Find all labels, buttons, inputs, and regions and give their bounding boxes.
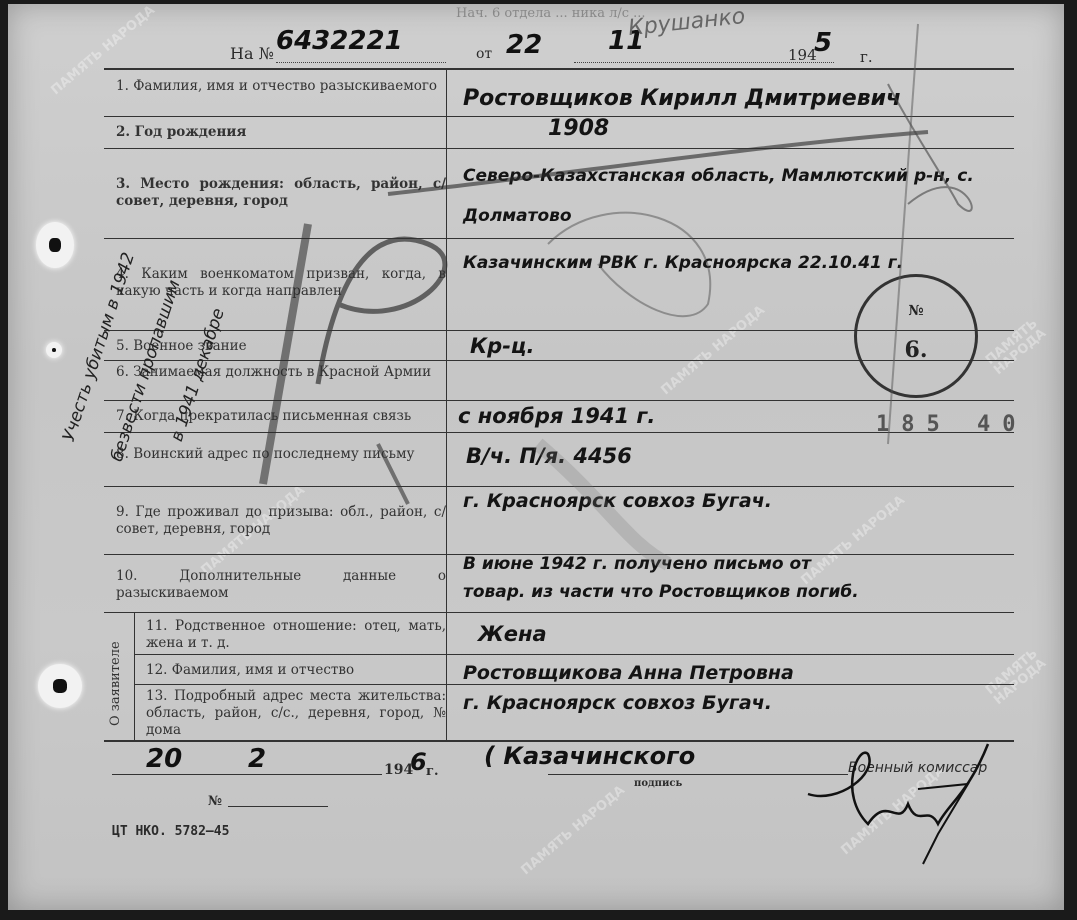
punch-hole (36, 222, 74, 268)
stamp-symbol: № (857, 303, 975, 319)
ref-label: На № (230, 44, 274, 63)
row-rule (134, 684, 1014, 685)
ref-underline (276, 62, 446, 63)
field-value-10-line-2: товар. из части что Ростовщиков погиб. (463, 582, 1063, 602)
row-rule (104, 612, 1014, 613)
field-value-3: Северо-Казахстанская область, Мамлютский… (463, 156, 1023, 236)
stamped-number: 185 40 (876, 412, 1027, 437)
field-value-12: Ростовщикова Анна Петровна (463, 662, 1063, 684)
row-rule (104, 486, 1014, 487)
row-rule (134, 654, 1014, 655)
header-day: 22 (506, 30, 542, 60)
signature-name: ( Казачинского (484, 742, 695, 770)
field-value-11: Жена (478, 622, 1077, 646)
field-label-8: 8. Воинский адрес по последнему письму (116, 446, 446, 463)
field-label-3: 3. Место рождения: область, район, с/сов… (116, 176, 446, 210)
field-label-12: 12. Фамилия, имя и отчество (146, 662, 446, 679)
field-label-10: 10. Дополнительные данные о разыскиваемо… (116, 568, 446, 602)
document-sheet: ПАМЯТЬ НАРОДА ПАМЯТЬ НАРОДА ПАМЯТЬ НАРОД… (8, 4, 1064, 910)
field-value-4: Казачинским РВК г. Красноярска 22.10.41 … (463, 246, 1023, 280)
watermark: ПАМЯТЬ НАРОДА (839, 764, 947, 858)
applicant-group-label: О заявителе (108, 624, 126, 744)
field-value-5: Кр-ц. (470, 334, 1070, 358)
field-value-10-line-1: В июне 1942 г. получено письмо от (463, 554, 1063, 574)
footer-day: 20 (146, 744, 182, 774)
signature-caption: подпись (634, 778, 682, 789)
round-stamp: № 6. (854, 274, 978, 398)
footer-date-underline (112, 774, 382, 775)
footer-year-suffix: 6 (410, 748, 427, 776)
field-value-9: г. Красноярск совхоз Бугач. (463, 490, 1063, 512)
outgoing-number-label: № (208, 794, 222, 809)
footer-month: 2 (248, 744, 266, 774)
footer-year-unit: г. (426, 764, 439, 779)
top-stamp-text: Нач. 6 отдела ... ника л/с ... (456, 6, 646, 21)
signature-underline (548, 774, 848, 775)
header-year-unit: г. (860, 48, 873, 66)
field-label-11: 11. Родственное отношение: отец, мать, ж… (146, 618, 446, 652)
row-rule (104, 148, 1014, 149)
punch-hole (38, 664, 82, 708)
form-column-divider (446, 68, 447, 740)
header-year-prefix: 194 (788, 46, 817, 64)
header-year-suffix: 5 (814, 28, 832, 58)
field-label-2: 2. Год рождения (116, 124, 446, 141)
form-top-rule (104, 68, 1014, 70)
outgoing-number-underline (228, 806, 328, 807)
field-label-6: 6. Занимаемая должность в Красной Армии (116, 364, 446, 381)
field-value-13: г. Красноярск совхоз Бугач. (463, 692, 1063, 714)
stamp-number: 6. (857, 337, 975, 363)
watermark: ПАМЯТЬ НАРОДА (519, 784, 627, 878)
field-label-9: 9. Где проживал до призыва: обл., район,… (116, 504, 446, 538)
field-label-13: 13. Подробный адрес места жительства: об… (146, 688, 446, 739)
punch-hole (46, 342, 62, 358)
footer-year-prefix: 194 (384, 762, 413, 778)
field-value-1: Ростовщиков Кирилл Дмитриевич (463, 86, 1063, 111)
applicant-group-divider (134, 612, 135, 740)
row-rule (104, 400, 1014, 401)
commissar-title: Военный комиссар (848, 760, 987, 776)
print-code: ЦТ НКО. 5782—45 (112, 824, 229, 839)
field-label-1: 1. Фамилия, имя и отчество разыскиваемог… (116, 78, 446, 95)
field-value-8: В/ч. П/я. 4456 (466, 444, 1066, 468)
from-label: от (476, 46, 492, 62)
row-rule (104, 238, 1014, 239)
field-value-2: 1908 (548, 116, 1077, 141)
ref-number: 6432221 (276, 26, 403, 56)
field-label-7: 7. Когда прекратилась письменная связь (116, 408, 446, 425)
